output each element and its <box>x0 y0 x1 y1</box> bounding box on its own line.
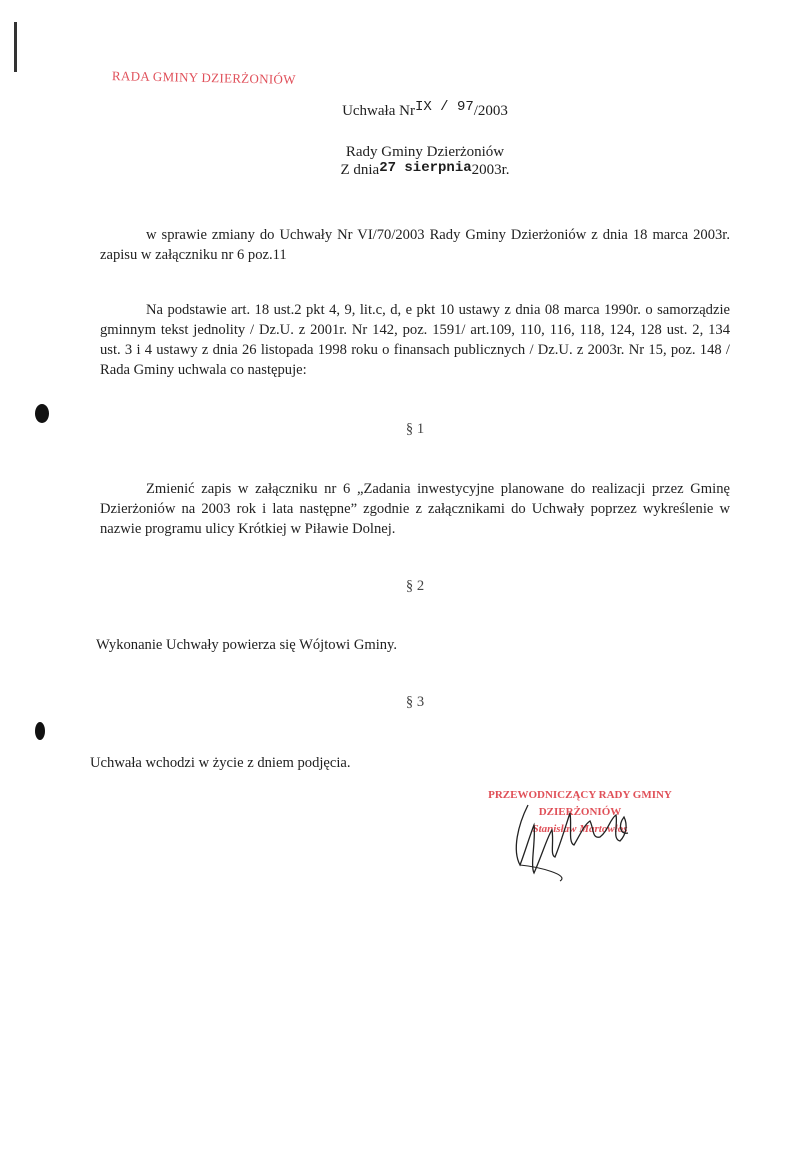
date-typed: 27 sierpnia <box>379 160 471 176</box>
council-header-stamp: RADA GMINY DZIERŻONIÓW <box>112 68 296 88</box>
date-suffix: 2003r. <box>472 162 510 178</box>
margin-mark <box>14 22 17 72</box>
date-prefix: Z dnia <box>340 162 379 178</box>
legal-basis-paragraph: Na podstawie art. 18 ust.2 pkt 4, 9, lit… <box>100 300 730 380</box>
section-2-heading: § 2 <box>10 578 810 595</box>
resolution-title: Uchwała NrIX / 97/2003 <box>0 103 810 120</box>
section-2-text: Wykonanie Uchwały powierza się Wójtowi G… <box>96 637 397 654</box>
resolution-date: Z dnia27 sierpnia2003r. <box>0 162 810 179</box>
punch-hole <box>35 722 45 740</box>
handwritten-signature <box>500 795 650 885</box>
resolution-number: IX / 97 <box>415 99 474 115</box>
title-prefix: Uchwała Nr <box>342 103 415 119</box>
council-name: Rady Gminy Dzierżoniów <box>0 144 810 161</box>
section-1-text: Zmienić zapis w załączniku nr 6 „Zadania… <box>100 479 730 539</box>
subject-paragraph: w sprawie zmiany do Uchwały Nr VI/70/200… <box>100 225 730 265</box>
title-suffix: /2003 <box>474 103 508 119</box>
section-1-heading: § 1 <box>10 421 810 438</box>
section-3-text: Uchwała wchodzi w życie z dniem podjęcia… <box>90 755 351 772</box>
section-3-heading: § 3 <box>10 694 810 711</box>
